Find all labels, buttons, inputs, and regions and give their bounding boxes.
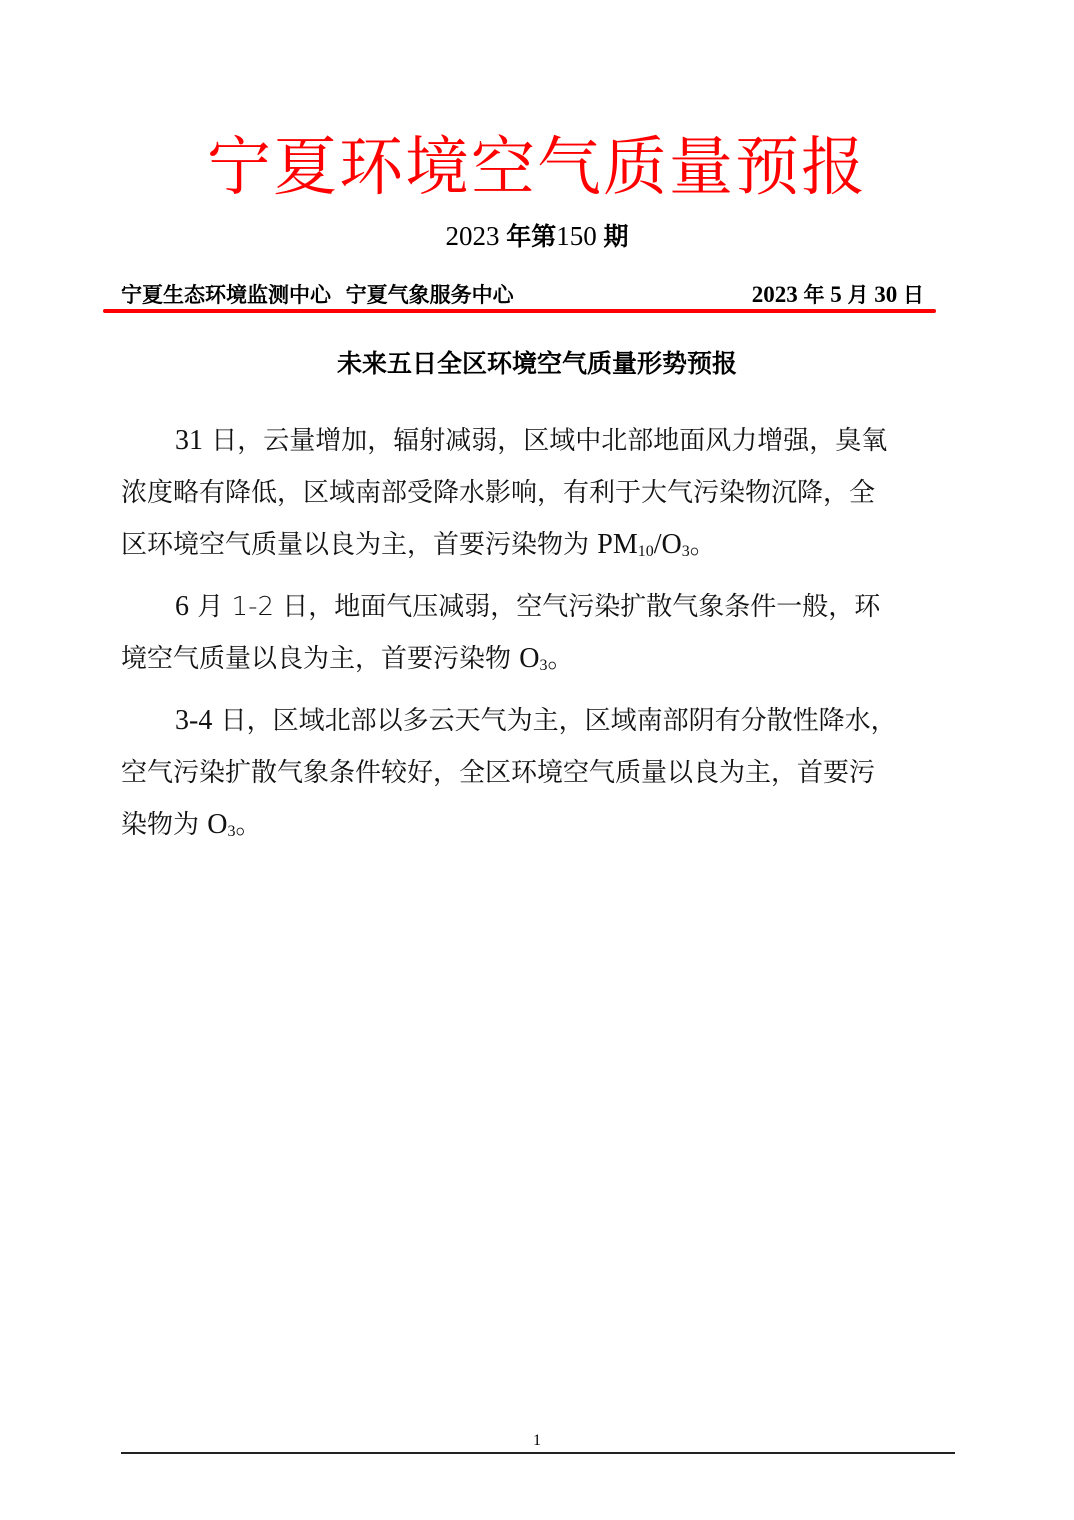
text-line: 6 月 1-2 日，地面气压减弱，空气污染扩散气象条件一般，环 (121, 581, 956, 633)
pollutant: /O (654, 529, 682, 560)
header-divider (103, 309, 936, 313)
publish-date: 2023 年 5 月 30 日 (752, 280, 924, 310)
subscript: 3 (540, 657, 548, 674)
day-label: 31 (175, 425, 203, 456)
pollutant: PM (597, 529, 637, 560)
paragraph-31: 31 日，云量增加，辐射减弱，区域中北部地面风力增强，臭氧 浓度略有降低，区域南… (121, 415, 956, 571)
issue-year-label: 年第 (506, 222, 556, 251)
text-line: 浓度略有降低，区域南部受降水影响，有利于大气污染物沉降，全 (121, 467, 956, 519)
issue-num: 150 (556, 221, 597, 251)
footer-divider (121, 1452, 955, 1454)
issue-year: 2023 (445, 221, 499, 251)
issue-num-label: 期 (604, 222, 629, 251)
pollutant: O (207, 809, 227, 840)
subscript: 10 (638, 543, 654, 560)
line-text: 月 1-2 日，地面气压减弱，空气污染扩散气象条件一般，环 (197, 592, 880, 622)
text-line: 区环境空气质量以良为主，首要污染物为 PM10/O3。 (121, 519, 956, 571)
paragraph-june-1-2: 6 月 1-2 日，地面气压减弱，空气污染扩散气象条件一般，环 境空气质量以良为… (121, 581, 956, 685)
day-label: 3-4 (175, 705, 212, 736)
subscript: 3 (682, 543, 690, 560)
date-day: 30 (874, 282, 897, 307)
punct: 。 (236, 810, 262, 840)
date-month: 5 (830, 282, 842, 307)
line-text: 染物为 (121, 810, 207, 840)
organizations: 宁夏生态环境监测中心 宁夏气象服务中心 (121, 280, 514, 310)
date-month-label: 月 (848, 283, 869, 307)
punct: 。 (548, 644, 574, 674)
line-text: 境空气质量以良为主，首要污染物 (121, 644, 519, 674)
date-year: 2023 (752, 282, 798, 307)
punct: 。 (690, 530, 716, 560)
forecast-body: 31 日，云量增加，辐射减弱，区域中北部地面风力增强，臭氧 浓度略有降低，区域南… (121, 415, 956, 861)
subscript: 3 (228, 823, 236, 840)
text-line: 空气污染扩散气象条件较好，全区环境空气质量以良为主，首要污 (121, 747, 956, 799)
issue-number: 2023 年第150 期 (0, 218, 1074, 255)
text-line: 3-4 日，区域北部以多云天气为主，区域南部阴有分散性降水， (121, 695, 956, 747)
line-text: 日，云量增加，辐射减弱，区域中北部地面风力增强，臭氧 (211, 426, 887, 456)
day-label: 6 (175, 591, 189, 622)
publisher-line: 宁夏生态环境监测中心 宁夏气象服务中心 2023 年 5 月 30 日 (121, 280, 924, 310)
text-line: 染物为 O3。 (121, 799, 956, 851)
date-day-label: 日 (903, 283, 924, 307)
pollutant: O (519, 643, 539, 674)
text-line: 31 日，云量增加，辐射减弱，区域中北部地面风力增强，臭氧 (121, 415, 956, 467)
paragraph-3-4: 3-4 日，区域北部以多云天气为主，区域南部阴有分散性降水， 空气污染扩散气象条… (121, 695, 956, 851)
text-line: 境空气质量以良为主，首要污染物 O3。 (121, 633, 956, 685)
date-year-label: 年 (804, 283, 825, 307)
section-title: 未来五日全区环境空气质量形势预报 (0, 346, 1074, 382)
line-text: 日，区域北部以多云天气为主，区域南部阴有分散性降水， (221, 706, 897, 736)
page-number: 1 (0, 1432, 1074, 1450)
line-text: 区环境空气质量以良为主，首要污染物为 (121, 530, 597, 560)
document-title: 宁夏环境空气质量预报 (0, 128, 1074, 208)
